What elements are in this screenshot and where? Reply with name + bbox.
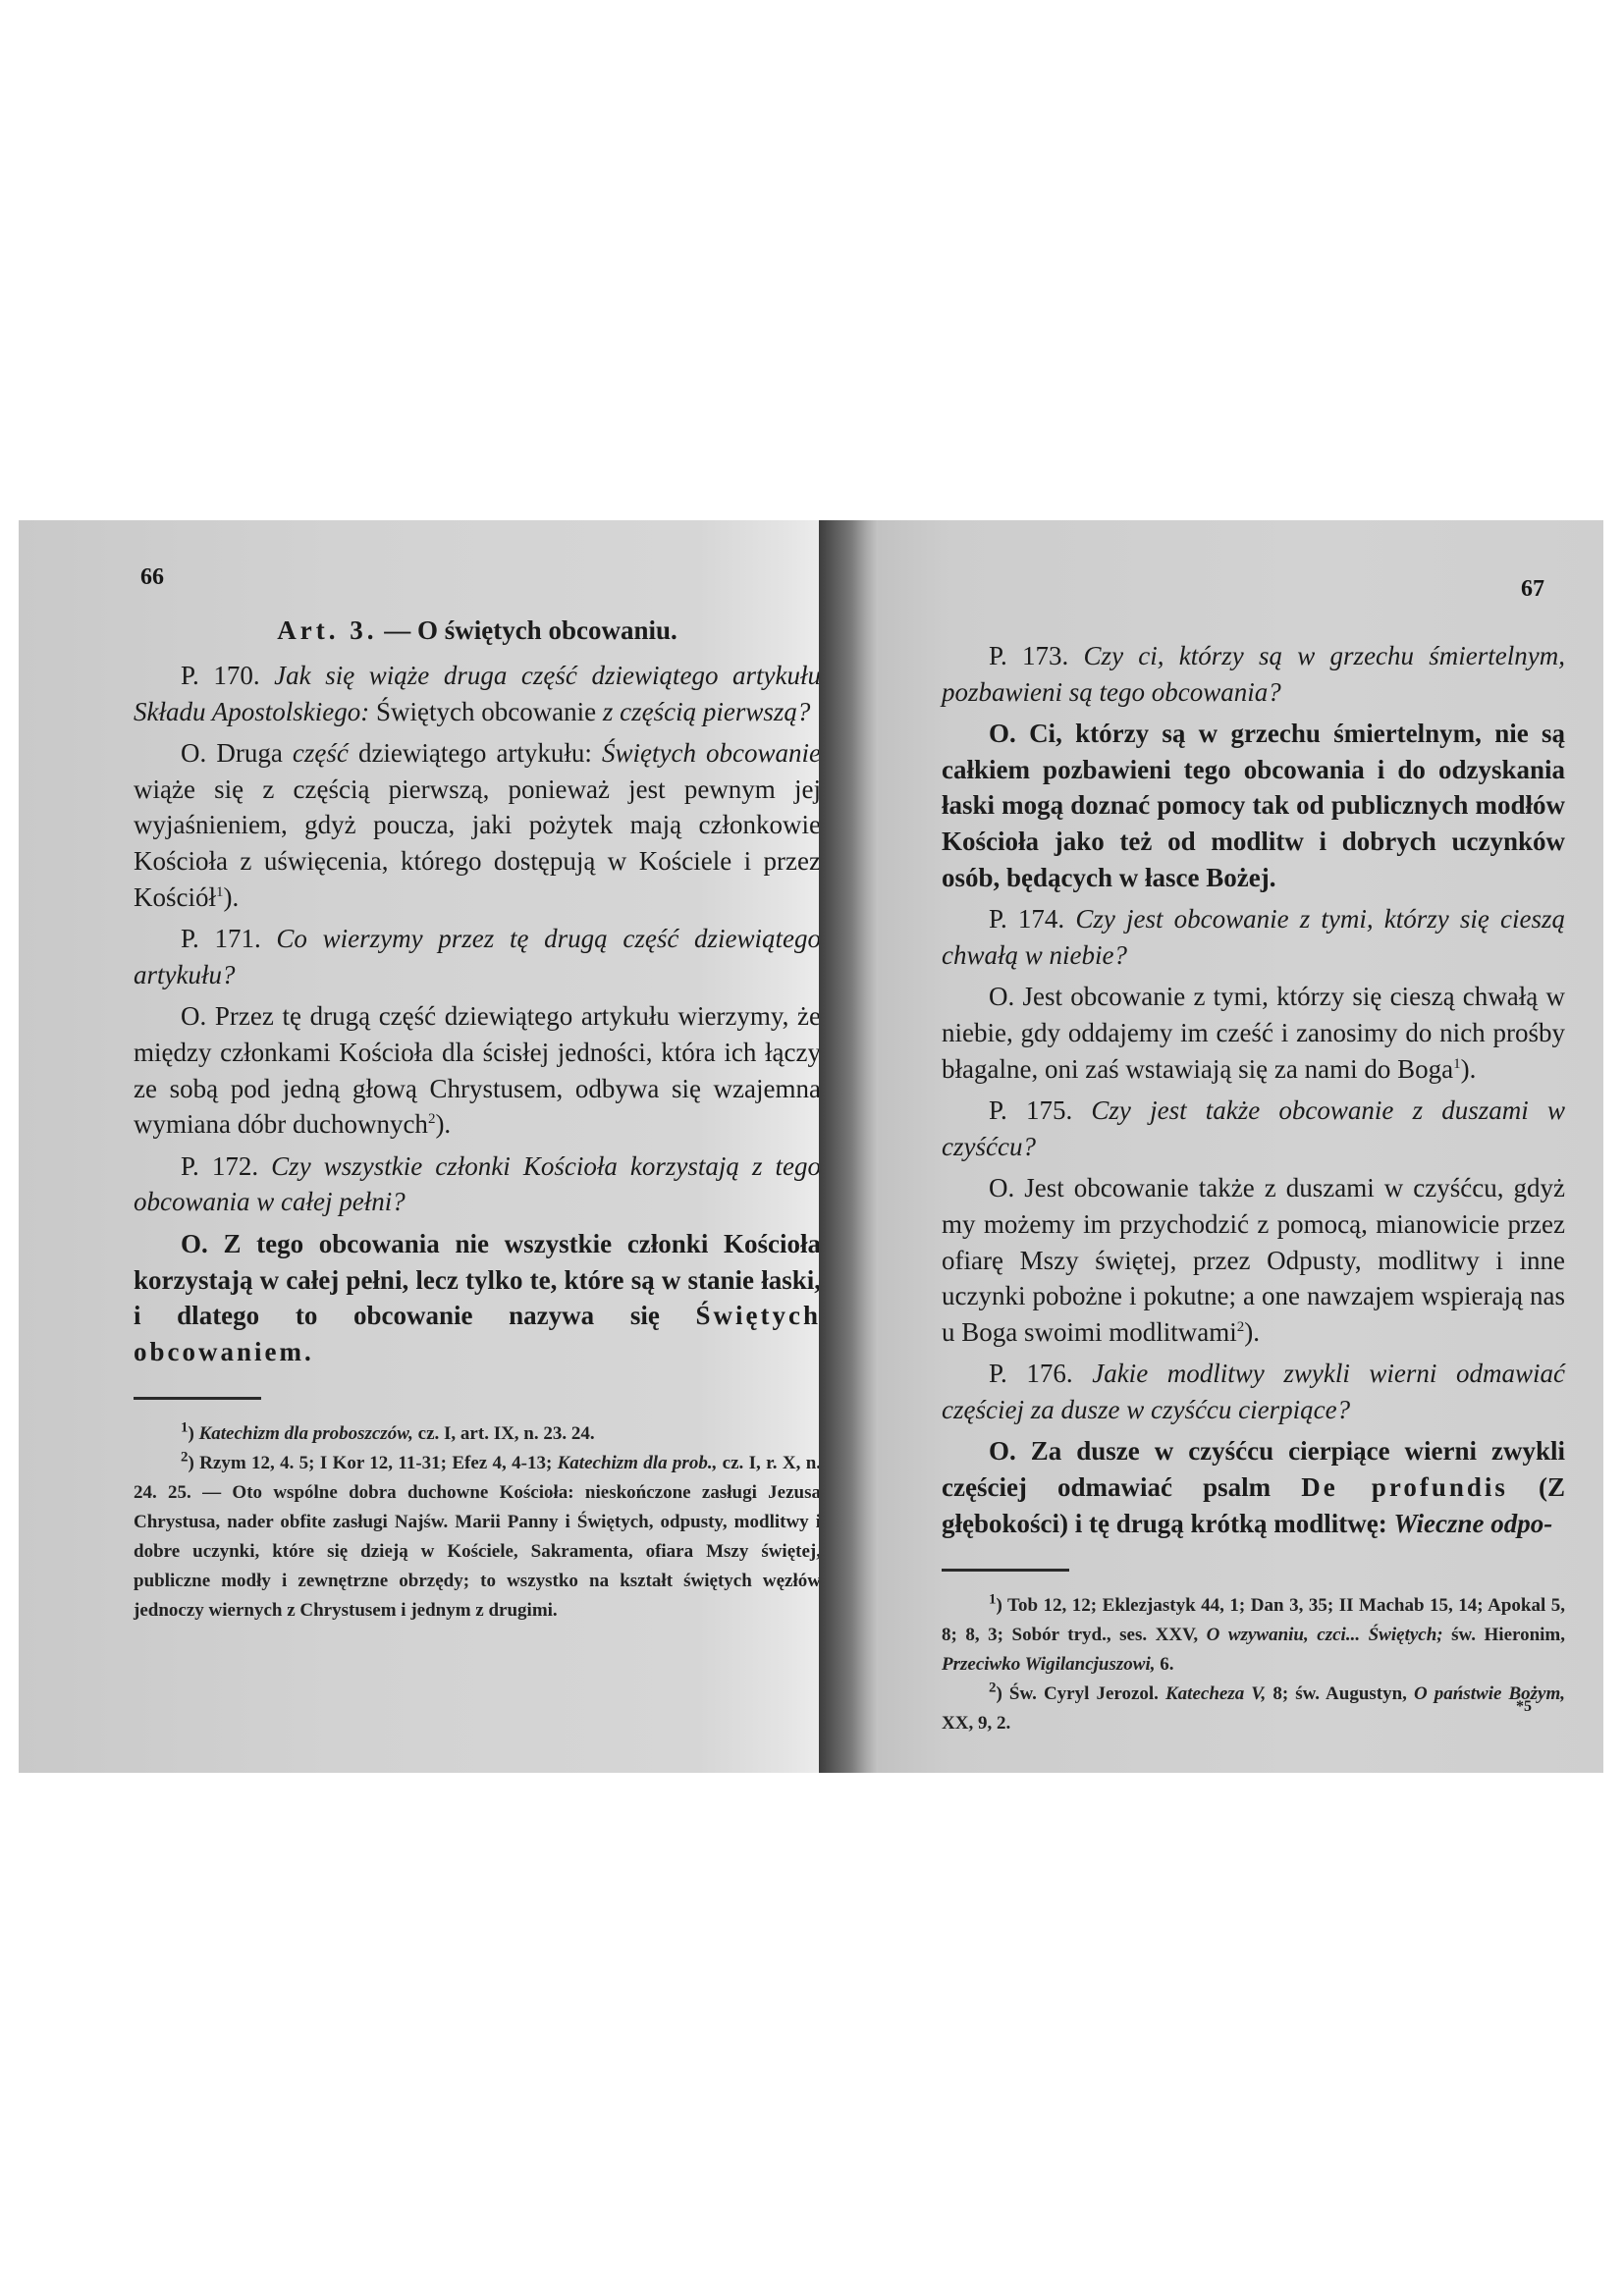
footnote-divider: [134, 1397, 261, 1400]
question-170: P. 170. Jak się wiąże druga część dziewi…: [134, 658, 821, 729]
answer-173: O. Ci, którzy są w grzechu śmiertelnym, …: [942, 716, 1565, 895]
book-spine-gutter: [819, 520, 878, 1773]
answer-171: O. Przez tę drugą część dziewiątego arty…: [134, 998, 821, 1142]
answer-174: O. Jest obcowanie z tymi, którzy się cie…: [942, 979, 1565, 1087]
article-title: O świętych obcowaniu.: [417, 615, 677, 645]
question-176: P. 176. Jakie modlitwy zwykli wierni odm…: [942, 1356, 1565, 1427]
right-page-text: P. 173. Czy ci, którzy są w grzechu śmie…: [942, 638, 1565, 1738]
footnote-1-right: 1) Tob 12, 12; Eklezjastyk 44, 1; Dan 3,…: [942, 1591, 1565, 1680]
article-number: Art. 3.: [277, 615, 377, 645]
question-171: P. 171. Co wierzymy przez tę drugą część…: [134, 921, 821, 992]
question-175: P. 175. Czy jest także obcowanie z dusza…: [942, 1093, 1565, 1164]
question-173: P. 173. Czy ci, którzy są w grzechu śmie…: [942, 638, 1565, 710]
footnote-2: 2) Rzym 12, 4. 5; I Kor 12, 11-31; Efez …: [134, 1449, 821, 1626]
footnote-2-right: 2) Św. Cyryl Jerozol. Katecheza V, 8; św…: [942, 1680, 1565, 1738]
footnote-1: 1) Katechizm dla proboszczów, cz. I, art…: [134, 1419, 821, 1449]
answer-170: O. Druga część dziewiątego artykułu: Świ…: [134, 735, 821, 915]
printer-signature-mark: *5: [1516, 1698, 1532, 1716]
footnote-divider-right: [942, 1569, 1069, 1572]
left-page: 66 Art. 3. — O świętych obcowaniu. P. 17…: [19, 520, 819, 1773]
left-page-text: Art. 3. — O świętych obcowaniu. P. 170. …: [134, 609, 821, 1626]
page-number-right: 67: [1521, 576, 1544, 603]
question-172: P. 172. Czy wszystkie członki Kościoła k…: [134, 1148, 821, 1220]
page-number-left: 66: [140, 564, 164, 591]
book-scan: 66 Art. 3. — O świętych obcowaniu. P. 17…: [19, 520, 1603, 1773]
footnote-ref-1: 1: [216, 884, 224, 900]
question-174: P. 174. Czy jest obcowanie z tymi, którz…: [942, 901, 1565, 973]
footnote-ref-1-right: 1: [1453, 1056, 1461, 1072]
answer-172: O. Z tego obcowania nie wszystkie członk…: [134, 1226, 821, 1369]
answer-175: O. Jest obcowanie także z duszami w czyś…: [942, 1170, 1565, 1350]
article-heading: Art. 3. — O świętych obcowaniu.: [134, 609, 821, 652]
answer-176: O. Za dusze w czyśćcu cierpiące wierni z…: [942, 1433, 1565, 1541]
